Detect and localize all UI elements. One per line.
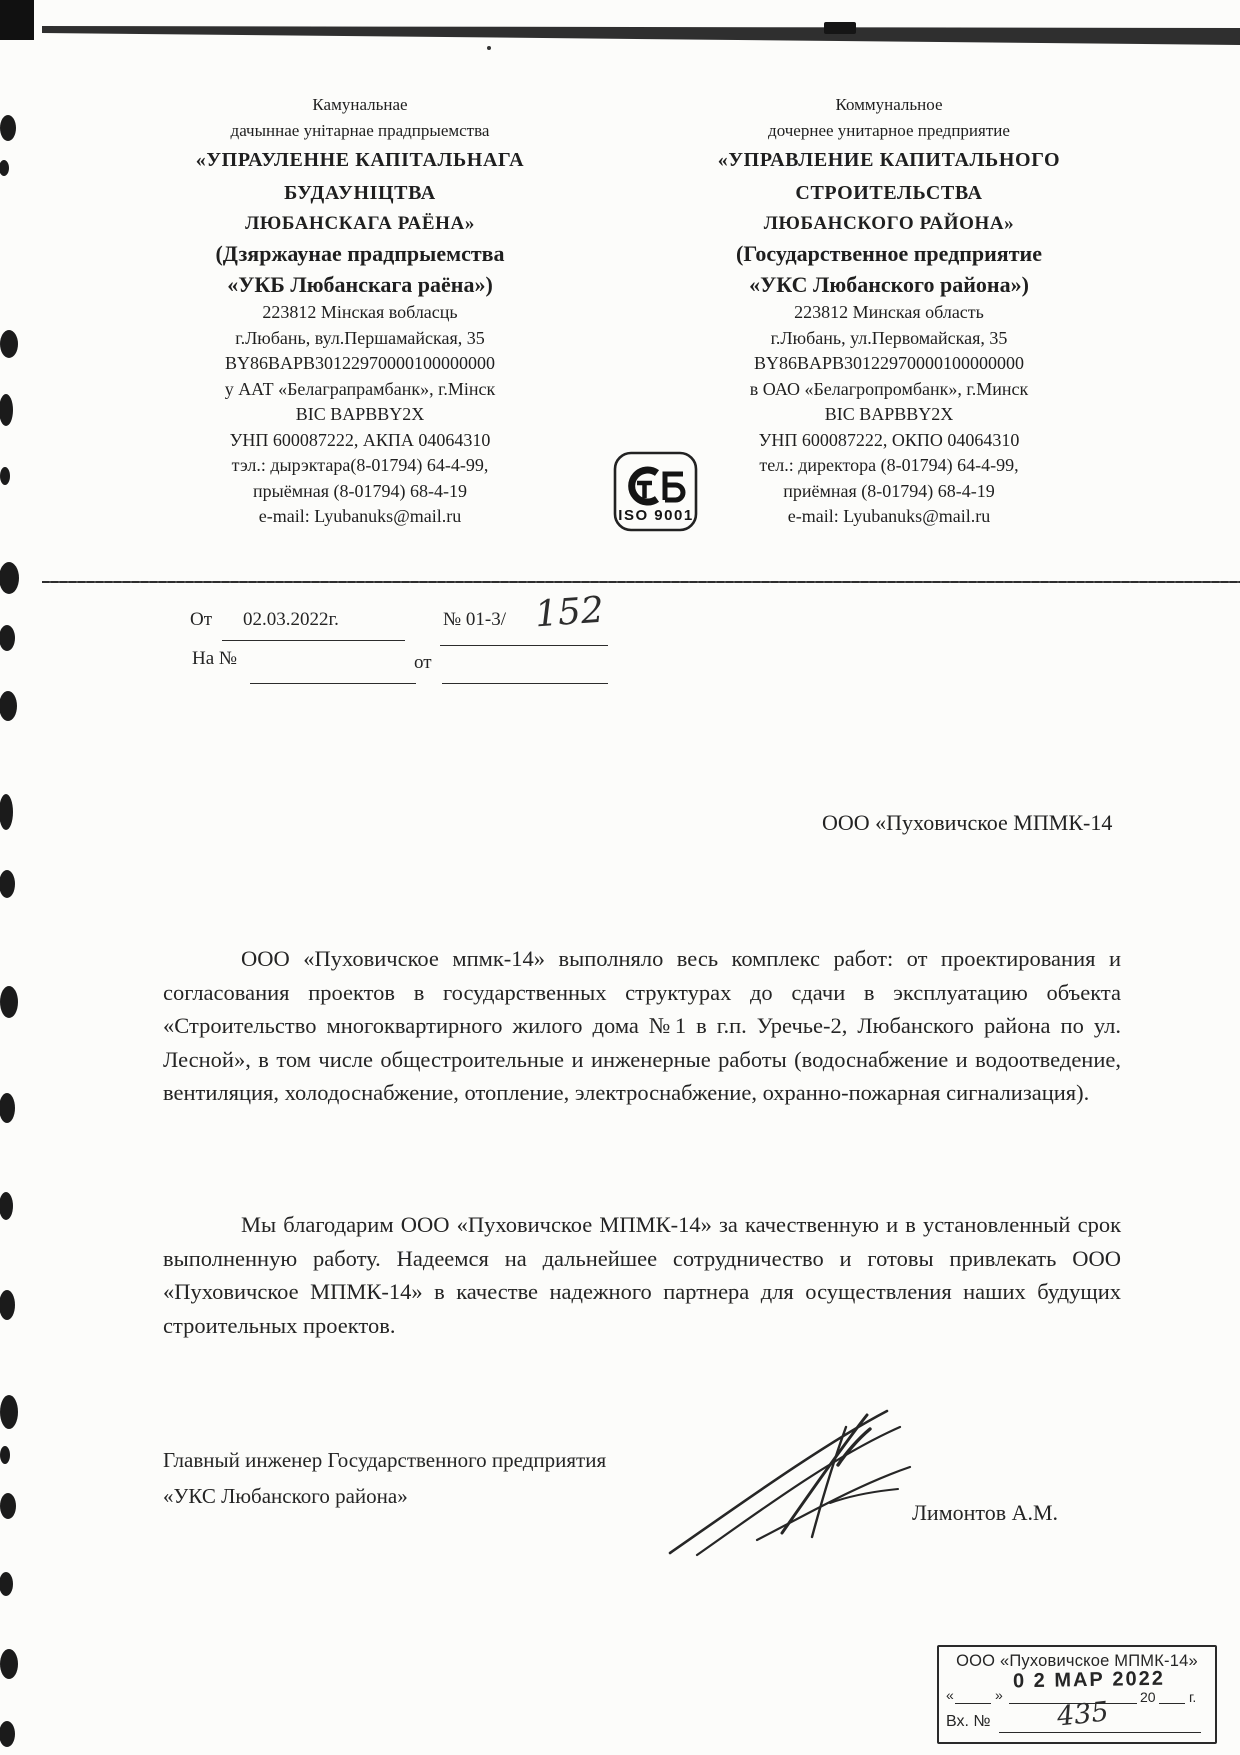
stamp-year-underline xyxy=(1159,1702,1185,1704)
unp-okpo-line: УНП 600087222, АКПА 04064310 xyxy=(138,428,582,454)
number-underline xyxy=(440,644,608,646)
address-line: г.Любань, вул.Першамайская, 35 xyxy=(138,326,582,352)
unp-okpo-line: УНП 600087222, ОКПО 04064310 xyxy=(652,428,1126,454)
email-line: e-mail: Lyubanuks@mail.ru xyxy=(138,504,582,530)
stamp-year-prefix: 20 xyxy=(1140,1689,1156,1705)
org-name-line: БУДАУНІЦТВА xyxy=(138,177,582,210)
org-name-line: «УПРАВЛЕНИЕ КАПИТАЛЬНОГО xyxy=(652,144,1126,177)
org-type-line: Камунальнае xyxy=(138,92,582,118)
stamp-incoming-label: Вх. № xyxy=(946,1713,991,1731)
handwritten-signature xyxy=(662,1405,922,1560)
body-paragraph-1: ООО «Пуховичское мпмк-14» выполняло весь… xyxy=(163,942,1121,1110)
signer-name: Лимонтов А.М. xyxy=(912,1500,1058,1526)
org-name-line: «УПРАУЛЕННЕ КАПІТАЛЬНАГА xyxy=(138,144,582,177)
stamp-incoming-number-handwritten: 435 xyxy=(1056,1696,1111,1732)
scanned-letter-page: Камунальнае дачыннае унітарнае прадпрыем… xyxy=(0,0,1240,1755)
reply-from-label: от xyxy=(414,652,432,674)
phone-line: тэл.: дырэктара(8-01794) 64-4-99, xyxy=(138,453,582,479)
outgoing-number-label: № 01-3/ xyxy=(443,609,506,631)
org-short-name-line: «УКБ Любанскага раёна») xyxy=(138,269,582,300)
incoming-registration-stamp: ООО «Пуховичское МПМК-14» « » 0 2 МАР 20… xyxy=(937,1645,1217,1744)
address-line: г.Любань, ул.Первомайская, 35 xyxy=(652,326,1126,352)
header-divider-line xyxy=(42,581,1240,583)
date-underline xyxy=(222,639,405,641)
stb-iso9001-logo: ISO 9001 xyxy=(612,448,700,536)
org-type-line: дочернее унитарное предприятие xyxy=(652,118,1126,144)
stamp-incoming-underline xyxy=(999,1731,1201,1733)
stamp-company-name: ООО «Пуховичское МПМК-14» xyxy=(943,1652,1211,1671)
letterhead-left-belarusian: Камунальнае дачыннае унітарнае прадпрыем… xyxy=(138,92,582,530)
org-type-line: дачыннае унітарнае прадпрыемства xyxy=(138,118,582,144)
phone-line: прыёмная (8-01794) 68-4-19 xyxy=(138,479,582,505)
org-name-line: ЛЮБАНСКАГА РАЁНА» xyxy=(138,210,582,238)
outgoing-number-handwritten: 152 xyxy=(534,590,605,636)
org-type-line: Коммунальное xyxy=(652,92,1126,118)
org-short-name-line: (Дзяржаунае прадпрыемства xyxy=(138,238,582,269)
address-line: 223812 Мінская вобласць xyxy=(138,300,582,326)
reply-to-label: На № xyxy=(192,648,237,670)
stamp-open-quote: « xyxy=(946,1687,954,1703)
reply-number-underline xyxy=(250,682,416,684)
org-short-name-line: (Государственное предприятие xyxy=(652,238,1126,269)
phone-line: приёмная (8-01794) 68-4-19 xyxy=(652,479,1126,505)
stamp-day-underline xyxy=(955,1702,991,1704)
addressee: ООО «Пуховичское МПМК-14 xyxy=(822,810,1112,836)
bic-line: BIC BAPBBY2X xyxy=(652,402,1126,428)
stamp-close-quote: » xyxy=(995,1687,1003,1703)
signer-title-line2: «УКС Любанского района» xyxy=(163,1484,408,1509)
iso-9001-caption: ISO 9001 xyxy=(618,507,693,524)
body-paragraph-2: Мы благодарим ООО «Пуховичское МПМК-14» … xyxy=(163,1208,1121,1342)
outgoing-from-label: От xyxy=(190,609,212,631)
org-short-name-line: «УКС Любанского района») xyxy=(652,269,1126,300)
outgoing-date: 02.03.2022г. xyxy=(243,609,339,631)
bank-name-line: у ААТ «Белаграпрамбанк», г.Мінск xyxy=(138,377,582,403)
phone-line: тел.: директора (8-01794) 64-4-99, xyxy=(652,453,1126,479)
bank-account-line: BY86BAPB30122970000100000000 xyxy=(138,351,582,377)
reply-date-underline xyxy=(442,682,608,684)
letterhead-right-russian: Коммунальное дочернее унитарное предприя… xyxy=(652,92,1126,530)
bic-line: BIC BAPBBY2X xyxy=(138,402,582,428)
signer-title-line1: Главный инженер Государственного предпри… xyxy=(163,1448,606,1473)
org-name-line: СТРОИТЕЛЬСТВА xyxy=(652,177,1126,210)
email-line: e-mail: Lyubanuks@mail.ru xyxy=(652,504,1126,530)
stamp-year-suffix: г. xyxy=(1189,1689,1196,1705)
bank-name-line: в ОАО «Белагропромбанк», г.Минск xyxy=(652,377,1126,403)
address-line: 223812 Минская область xyxy=(652,300,1126,326)
bank-account-line: BY86BAPB30122970000100000000 xyxy=(652,351,1126,377)
org-name-line: ЛЮБАНСКОГО РАЙОНА» xyxy=(652,210,1126,238)
stb-monogram-icon xyxy=(632,470,683,502)
